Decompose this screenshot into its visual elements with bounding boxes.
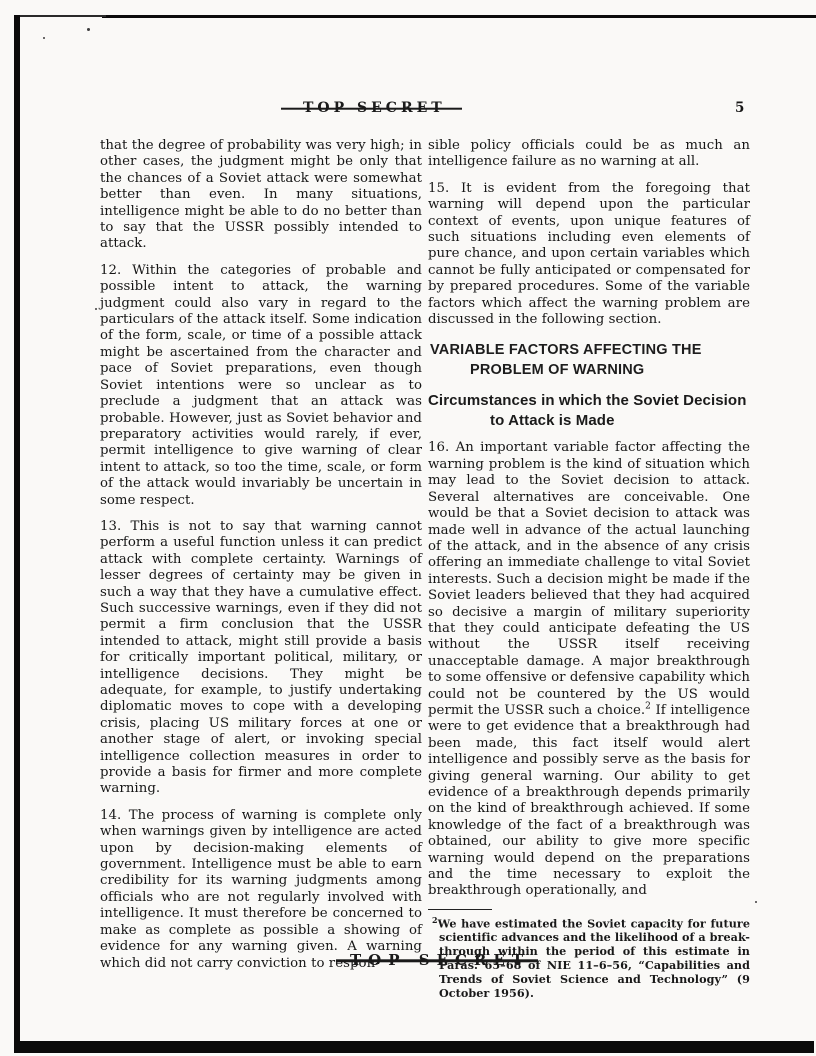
body-paragraph-12: 12. Within the categories of probable an… [100,263,422,509]
body-paragraph-13: 13. This is not to say that warning cann… [100,519,422,798]
footnote-rule [428,909,492,910]
scan-speck [755,901,757,903]
classification-footer: TOP SECRET [350,951,530,969]
strikethrough-line [336,959,538,962]
scan-border-bottom [14,1041,814,1053]
section-heading: VARIABLE FACTORS AFFECTING THE PROBLEM O… [430,341,750,380]
classification-header: TOP SECRET [303,100,446,116]
scan-border-top-left [14,15,106,17]
subsection-heading-line2: to Attack is Made [490,411,750,431]
scan-border-top [102,15,816,18]
scan-speck [95,308,97,310]
body-paragraph-14: 14. The process of warning is complete o… [100,808,422,972]
paragraph-16-text-continued: If intelligence were to get evidence tha… [428,703,750,898]
body-paragraph-15: 15. It is evident from the foregoing tha… [428,181,750,329]
scan-border-left [14,15,20,1053]
section-heading-line2: PROBLEM OF WARNING [470,361,750,381]
subsection-heading-line1: Circumstances in which the Soviet Decisi… [428,392,746,409]
subsection-heading: Circumstances in which the Soviet Decisi… [428,391,750,431]
section-heading-line1: VARIABLE FACTORS AFFECTING THE [430,342,702,358]
left-column: that the degree of probability was very … [100,138,422,972]
page-number: 5 [735,100,744,116]
body-paragraph-14-continued: sible policy officials could be as much … [428,138,750,171]
right-column: sible policy officials could be as much … [428,138,750,1001]
scan-speck [43,37,45,39]
document-page: TOP SECRET 5 that the degree of probabil… [0,0,816,1056]
body-paragraph-16: 16. An important variable factor affecti… [428,440,750,899]
strikethrough-line [281,107,462,110]
body-paragraph-11: that the degree of probability was very … [100,138,422,253]
paragraph-16-text: 16. An important variable factor affecti… [428,440,750,718]
scan-speck [87,28,90,31]
